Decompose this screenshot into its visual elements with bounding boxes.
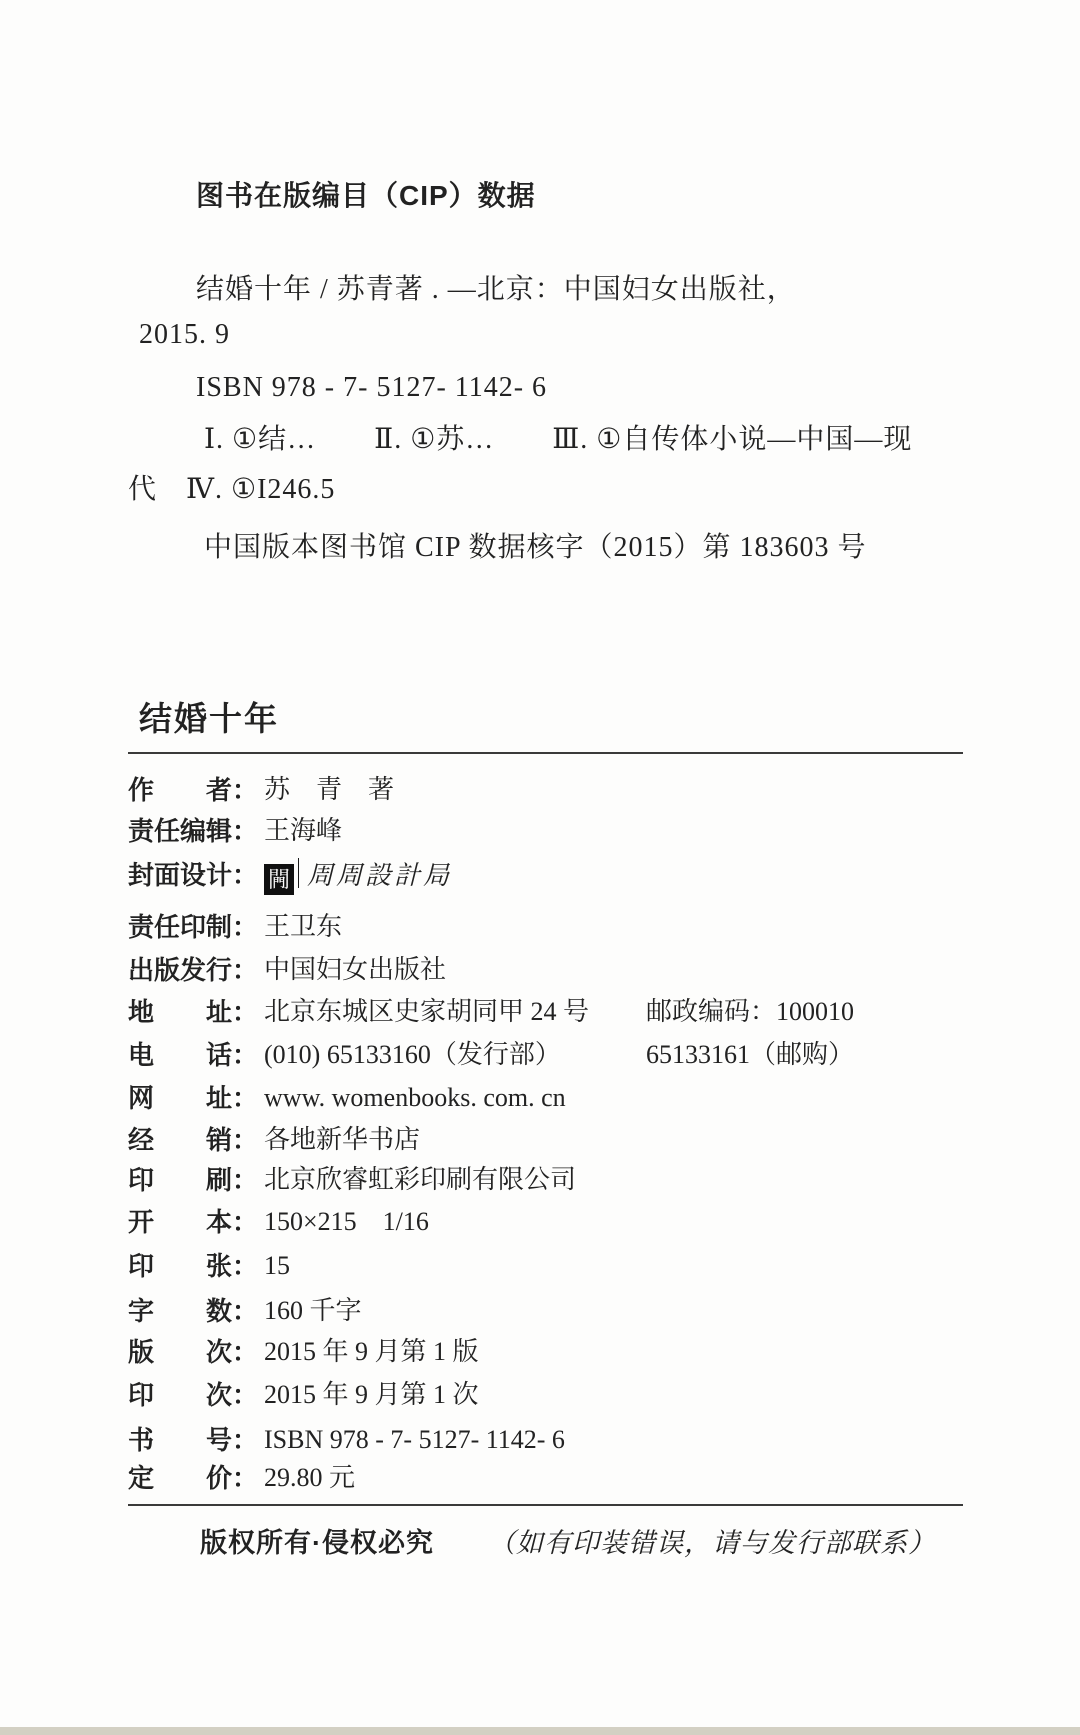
- row-value: 北京欣睿虹彩印刷有限公司: [264, 1163, 576, 1197]
- colophon-row-sheets: 印 张：15: [128, 1249, 963, 1283]
- cip-classification-line1: Ⅰ. ①结… Ⅱ. ①苏… Ⅲ. ①自传体小说—中国—现: [204, 422, 912, 458]
- row-value: 王卫东: [264, 910, 342, 944]
- misprint-note: （如有印装错误，请与发行部联系）: [488, 1525, 936, 1561]
- colophon-row-edition: 版 次：2015 年 9 月第 1 版: [128, 1335, 963, 1369]
- colophon-row-printing: 印 次：2015 年 9 月第 1 次: [128, 1378, 963, 1412]
- row-label: 定 价：: [128, 1461, 258, 1495]
- row-label: 印 次：: [128, 1378, 258, 1412]
- scan-edge-strip: [0, 1727, 1080, 1735]
- cip-entry-line2: 2015. 9: [139, 317, 230, 353]
- row-value: 150×215 1/16: [264, 1205, 429, 1239]
- row-label: 责任编辑：: [128, 814, 258, 848]
- row-value: 2015 年 9 月第 1 次: [264, 1378, 479, 1412]
- row-value: 2015 年 9 月第 1 版: [264, 1335, 479, 1369]
- colophon-row-cover-design: 封面设计：闁周周設計局: [128, 858, 963, 892]
- copyright-page: { "page": { "bg": "#fdfdfc", "text_color…: [0, 0, 1080, 1735]
- postal-code: 邮政编码：100010: [646, 995, 854, 1029]
- row-value: 中国妇女出版社: [264, 953, 446, 987]
- row-label: 责任印制：: [128, 910, 258, 944]
- row-value: 29.80 元: [264, 1461, 355, 1495]
- design-studio-name: 周周設計局: [307, 861, 452, 890]
- colophon-row-format: 开 本：150×215 1/16: [128, 1205, 963, 1239]
- cip-classification-line2: 代 Ⅳ. ①I246.5: [128, 472, 335, 508]
- seal-divider: [298, 858, 299, 888]
- row-label: 书 号：: [128, 1423, 258, 1457]
- row-value: 160 千字: [264, 1294, 362, 1328]
- row-value: 闁周周設計局: [264, 858, 452, 895]
- copyright-notice: 版权所有·侵权必究: [200, 1525, 434, 1561]
- row-label: 封面设计：: [128, 858, 258, 892]
- row-label: 版 次：: [128, 1335, 258, 1369]
- colophon-row-price: 定 价：29.80 元: [128, 1461, 963, 1495]
- book-title: 结婚十年: [139, 697, 279, 741]
- row-value: 王海峰: [264, 814, 342, 848]
- row-label: 经 销：: [128, 1123, 258, 1157]
- row-label: 印 张：: [128, 1249, 258, 1283]
- row-value: 15: [264, 1249, 290, 1283]
- row-value: 北京东城区史家胡同甲 24 号: [264, 995, 589, 1029]
- cip-header: 图书在版编目（CIP）数据: [196, 178, 536, 214]
- row-label: 作 者：: [128, 773, 258, 807]
- colophon-row-word-count: 字 数：160 千字: [128, 1294, 963, 1328]
- colophon-row-address: 地 址：北京东城区史家胡同甲 24 号 邮政编码：100010: [128, 995, 963, 1029]
- colophon-row-printer: 印 刷：北京欣睿虹彩印刷有限公司: [128, 1163, 963, 1197]
- row-value: 各地新华书店: [264, 1123, 420, 1157]
- row-value: 苏 青 著: [264, 773, 394, 807]
- colophon-row-phone: 电 话：(010) 65133160（发行部） 65133161（邮购）: [128, 1038, 963, 1072]
- row-label: 地 址：: [128, 995, 258, 1029]
- row-value: www. womenbooks. com. cn: [264, 1081, 566, 1115]
- row-value: (010) 65133160（发行部）: [264, 1038, 561, 1072]
- phone-mail-order: 65133161（邮购）: [646, 1038, 854, 1072]
- colophon-row-distribution: 经 销：各地新华书店: [128, 1123, 963, 1157]
- divider-top: [128, 752, 963, 754]
- row-label: 网 址：: [128, 1081, 258, 1115]
- colophon-row-website: 网 址：www. womenbooks. com. cn: [128, 1081, 963, 1115]
- row-label: 开 本：: [128, 1205, 258, 1239]
- divider-bottom: [128, 1504, 963, 1506]
- row-label: 出版发行：: [128, 953, 258, 987]
- colophon-row-author: 作 者：苏 青 著: [128, 773, 963, 807]
- colophon-row-print-supervisor: 责任印制：王卫东: [128, 910, 963, 944]
- colophon-row-editor: 责任编辑：王海峰: [128, 814, 963, 848]
- colophon-row-publisher: 出版发行：中国妇女出版社: [128, 953, 963, 987]
- cip-entry-line1: 结婚十年 / 苏青著 . —北京：中国妇女出版社，: [196, 272, 796, 308]
- colophon-row-isbn: 书 号：ISBN 978 - 7- 5127- 1142- 6: [128, 1423, 963, 1457]
- row-value: ISBN 978 - 7- 5127- 1142- 6: [264, 1423, 565, 1457]
- row-label: 字 数：: [128, 1294, 258, 1328]
- cip-isbn: ISBN 978 - 7- 5127- 1142- 6: [196, 370, 547, 406]
- zhouzhou-design-seal-icon: 闁: [264, 864, 294, 895]
- row-label: 印 刷：: [128, 1163, 258, 1197]
- row-label: 电 话：: [128, 1038, 258, 1072]
- cip-record-number: 中国版本图书馆 CIP 数据核字（2015）第 183603 号: [204, 530, 867, 566]
